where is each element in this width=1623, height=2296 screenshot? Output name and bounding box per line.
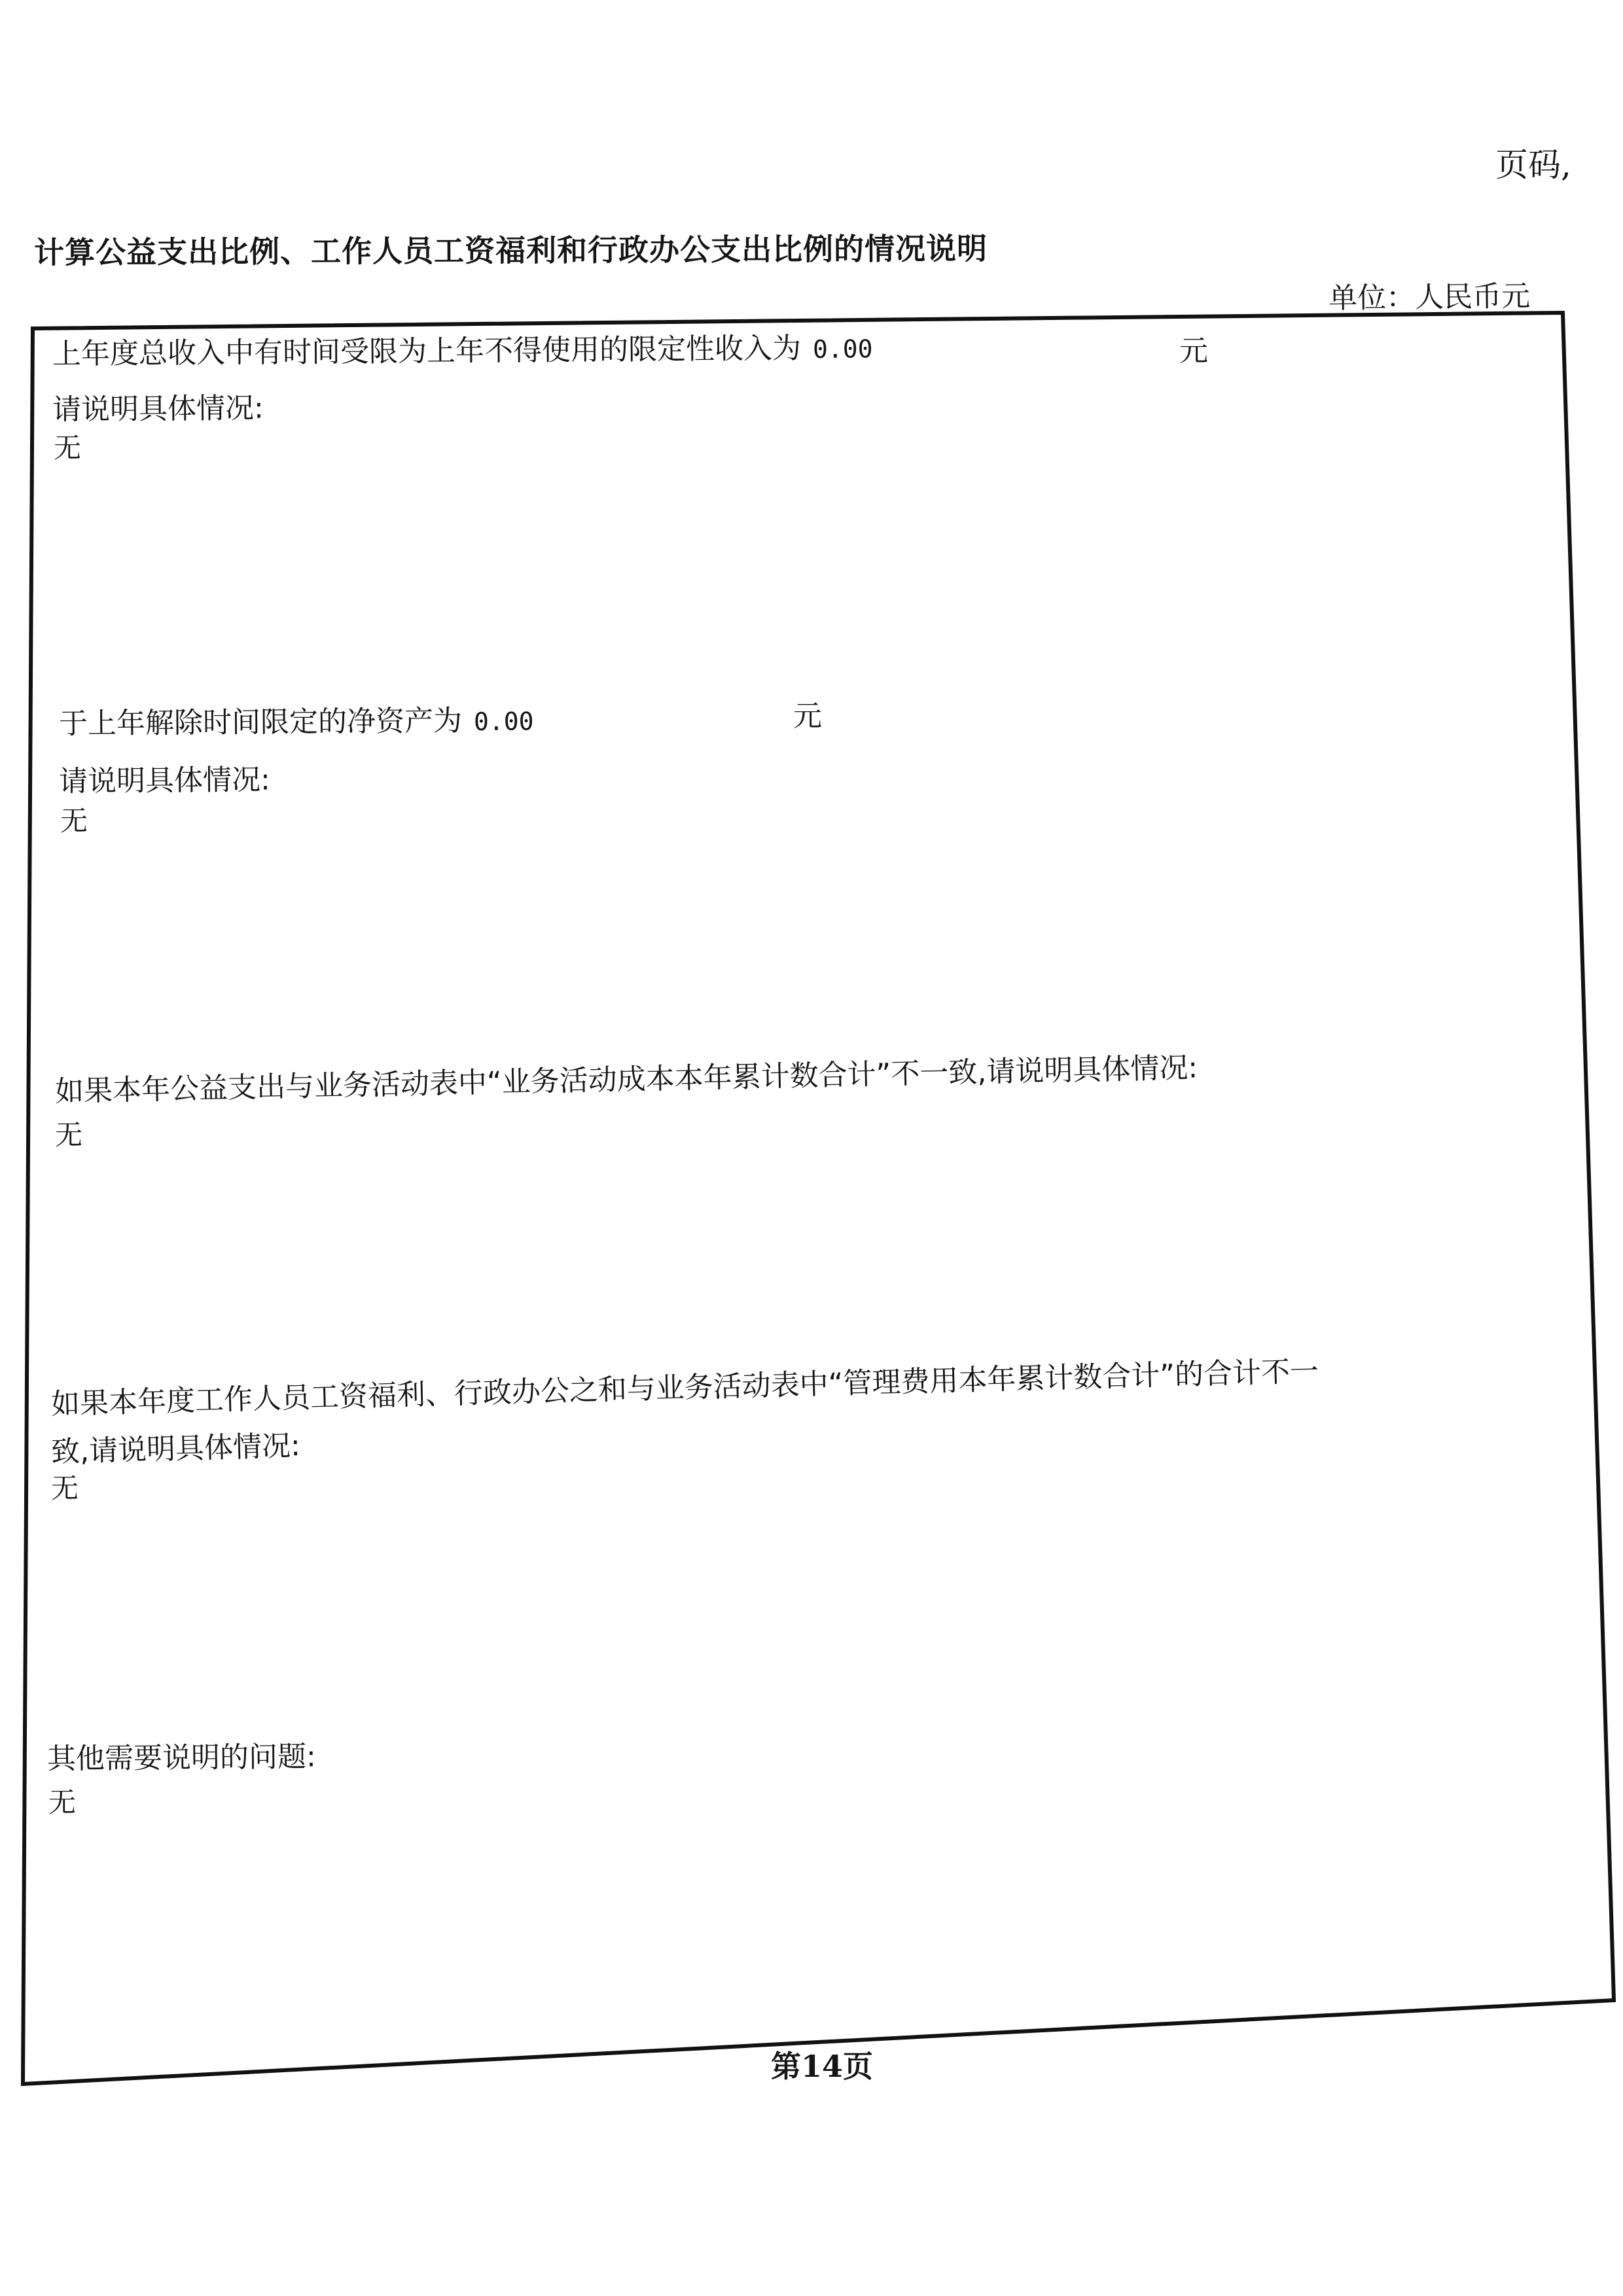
question-text: 于上年解除时间限定的净资产为 bbox=[59, 704, 462, 741]
answer-text: 无 bbox=[48, 1781, 76, 1820]
question-admin-cost-discrepancy-line2: 致,请说明具体情况: bbox=[50, 1422, 300, 1470]
footer-page-number: 第14页 bbox=[771, 2043, 873, 2086]
question-other-issues: 其他需要说明的问题: bbox=[47, 1733, 316, 1777]
answer-text: 无 bbox=[55, 1114, 82, 1153]
amount-value: 0.00 bbox=[474, 707, 534, 736]
prompt-label: 请说明具体情况: bbox=[52, 384, 264, 428]
answer-text: 无 bbox=[60, 800, 88, 839]
prompt-label: 请说明具体情况: bbox=[59, 756, 270, 800]
answer-text: 无 bbox=[54, 427, 81, 466]
question-admin-cost-discrepancy-line1: 如果本年度工作人员工资福利、行政办公之和与业务活动表中“管理费用本年累计数合计”… bbox=[50, 1347, 1319, 1422]
answer-text: 无 bbox=[51, 1467, 79, 1506]
currency-label: 元 bbox=[793, 692, 822, 734]
currency-label: 元 bbox=[1179, 327, 1208, 369]
amount-value: 0.00 bbox=[813, 334, 873, 364]
question-restricted-income: 上年度总收入中有时间受限为上年不得使用的限定性收入为0.00 bbox=[52, 324, 873, 372]
question-public-welfare-discrepancy: 如果本年公益支出与业务活动表中“业务活动成本本年累计数合计”不一致,请说明具体情… bbox=[54, 1044, 1198, 1110]
question-released-net-assets: 于上年解除时间限定的净资产为0.00 bbox=[59, 696, 534, 742]
question-text: 上年度总收入中有时间受限为上年不得使用的限定性收入为 bbox=[52, 332, 801, 371]
explanation-form: 上年度总收入中有时间受限为上年不得使用的限定性收入为0.00 元 请说明具体情况… bbox=[0, 0, 1623, 2296]
